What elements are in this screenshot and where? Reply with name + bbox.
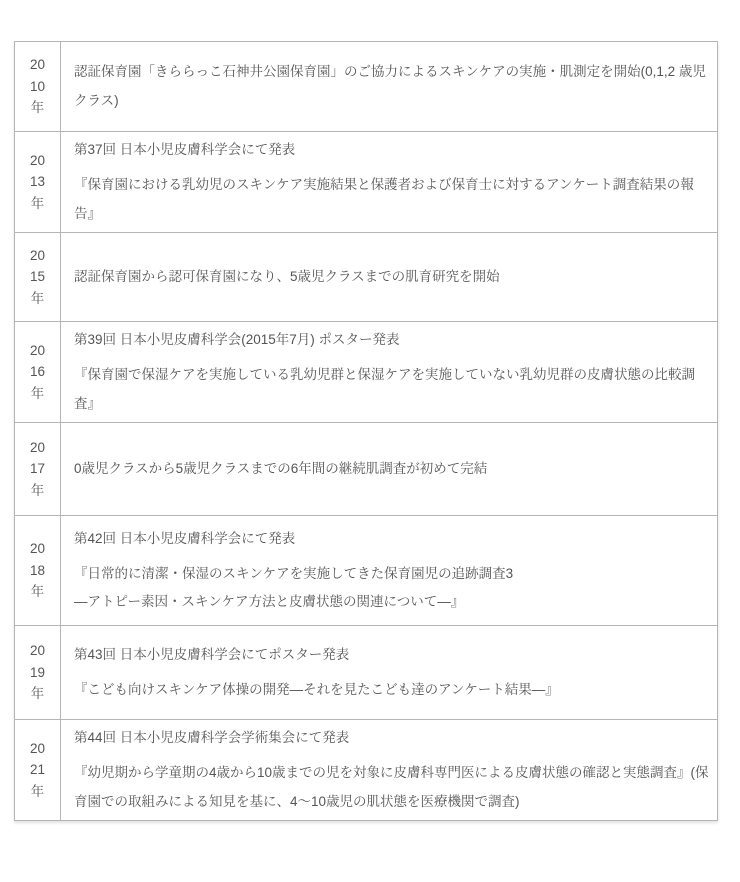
description-paragraph: 『こども向けスキンケア体操の開発—それを見たこども達のアンケート結果—』 <box>74 676 709 704</box>
description-paragraph: 認証保育園から認可保育園になり、5歳児クラスまでの肌育研究を開始 <box>74 263 709 291</box>
description-paragraph: 第44回 日本小児皮膚科学会学術集会にて発表 <box>74 724 709 752</box>
year-line: 20 <box>17 340 58 362</box>
year-line: 20 <box>17 150 58 172</box>
year-line: 年 <box>17 683 58 705</box>
description-cell: 第37回 日本小児皮膚科学会にて発表『保育園における乳幼児のスキンケア実施結果と… <box>61 132 718 233</box>
year-line: 19 <box>17 662 58 684</box>
year-line: 21 <box>17 759 58 781</box>
description-paragraph: 第37回 日本小児皮膚科学会にて発表 <box>74 136 709 164</box>
table-row: 2010年 認証保育園「きららっこ石神井公園保育園」のご協力によるスキンケアの実… <box>15 42 718 132</box>
year-line: 年 <box>17 581 58 603</box>
year-line: 年 <box>17 383 58 405</box>
description-cell: 第44回 日本小児皮膚科学会学術集会にて発表『幼児期から学童期の4歳から10歳ま… <box>61 720 718 821</box>
year-line: 20 <box>17 640 58 662</box>
description-paragraph: 第39回 日本小児皮膚科学会(2015年7月) ポスター発表 <box>74 326 709 354</box>
year-cell: 2010年 <box>15 42 61 132</box>
year-line: 15 <box>17 266 58 288</box>
description-paragraph: 認証保育園「きららっこ石神井公園保育園」のご協力によるスキンケアの実施・肌測定を… <box>74 58 709 115</box>
year-line: 18 <box>17 560 58 582</box>
description-cell: 第43回 日本小児皮膚科学会にてポスター発表『こども向けスキンケア体操の開発—そ… <box>61 626 718 720</box>
table-row: 2021年 第44回 日本小児皮膚科学会学術集会にて発表『幼児期から学童期の4歳… <box>15 720 718 821</box>
description-paragraph: 『幼児期から学童期の4歳から10歳までの児を対象に皮膚科専門医による皮膚状態の確… <box>74 759 709 816</box>
table-row: 2013年 第37回 日本小児皮膚科学会にて発表『保育園における乳幼児のスキンケ… <box>15 132 718 233</box>
year-line: 20 <box>17 437 58 459</box>
year-line: 20 <box>17 738 58 760</box>
description-paragraph: 『日常的に清潔・保湿のスキンケアを実施してきた保育園児の追跡調査3—アトピー素因… <box>74 560 709 617</box>
year-cell: 2021年 <box>15 720 61 821</box>
year-cell: 2015年 <box>15 233 61 322</box>
year-line: 年 <box>17 193 58 215</box>
year-line: 10 <box>17 76 58 98</box>
description-paragraph: 第42回 日本小児皮膚科学会にて発表 <box>74 525 709 553</box>
description-paragraph: 0歳児クラスから5歳児クラスまでの6年間の継続肌調査が初めて完結 <box>74 455 709 483</box>
table-row: 2017年 0歳児クラスから5歳児クラスまでの6年間の継続肌調査が初めて完結 <box>15 423 718 516</box>
timeline-table: 2010年 認証保育園「きららっこ石神井公園保育園」のご協力によるスキンケアの実… <box>14 41 718 821</box>
description-cell: 第39回 日本小児皮膚科学会(2015年7月) ポスター発表『保育園で保湿ケアを… <box>61 322 718 423</box>
year-line: 年 <box>17 781 58 803</box>
table-row: 2019年 第43回 日本小児皮膚科学会にてポスター発表『こども向けスキンケア体… <box>15 626 718 720</box>
description-cell: 0歳児クラスから5歳児クラスまでの6年間の継続肌調査が初めて完結 <box>61 423 718 516</box>
description-cell: 認証保育園「きららっこ石神井公園保育園」のご協力によるスキンケアの実施・肌測定を… <box>61 42 718 132</box>
description-paragraph: 第43回 日本小児皮膚科学会にてポスター発表 <box>74 641 709 669</box>
description-paragraph: 『保育園における乳幼児のスキンケア実施結果と保護者および保育士に対するアンケート… <box>74 171 709 228</box>
year-line: 20 <box>17 538 58 560</box>
year-cell: 2013年 <box>15 132 61 233</box>
timeline-table-body: 2010年 認証保育園「きららっこ石神井公園保育園」のご協力によるスキンケアの実… <box>15 42 718 821</box>
year-line: 20 <box>17 54 58 76</box>
timeline-table-container: 2010年 認証保育園「きららっこ石神井公園保育園」のご協力によるスキンケアの実… <box>14 41 740 821</box>
table-row: 2015年 認証保育園から認可保育園になり、5歳児クラスまでの肌育研究を開始 <box>15 233 718 322</box>
year-cell: 2019年 <box>15 626 61 720</box>
year-line: 13 <box>17 171 58 193</box>
year-line: 年 <box>17 480 58 502</box>
year-cell: 2016年 <box>15 322 61 423</box>
year-line: 年 <box>17 97 58 119</box>
year-line: 20 <box>17 245 58 267</box>
year-cell: 2018年 <box>15 516 61 626</box>
year-cell: 2017年 <box>15 423 61 516</box>
year-line: 17 <box>17 458 58 480</box>
description-paragraph: 『保育園で保湿ケアを実施している乳幼児群と保湿ケアを実施していない乳幼児群の皮膚… <box>74 361 709 418</box>
table-row: 2016年 第39回 日本小児皮膚科学会(2015年7月) ポスター発表『保育園… <box>15 322 718 423</box>
description-cell: 第42回 日本小児皮膚科学会にて発表『日常的に清潔・保湿のスキンケアを実施してき… <box>61 516 718 626</box>
table-row: 2018年 第42回 日本小児皮膚科学会にて発表『日常的に清潔・保湿のスキンケア… <box>15 516 718 626</box>
year-line: 16 <box>17 361 58 383</box>
year-line: 年 <box>17 288 58 310</box>
description-cell: 認証保育園から認可保育園になり、5歳児クラスまでの肌育研究を開始 <box>61 233 718 322</box>
